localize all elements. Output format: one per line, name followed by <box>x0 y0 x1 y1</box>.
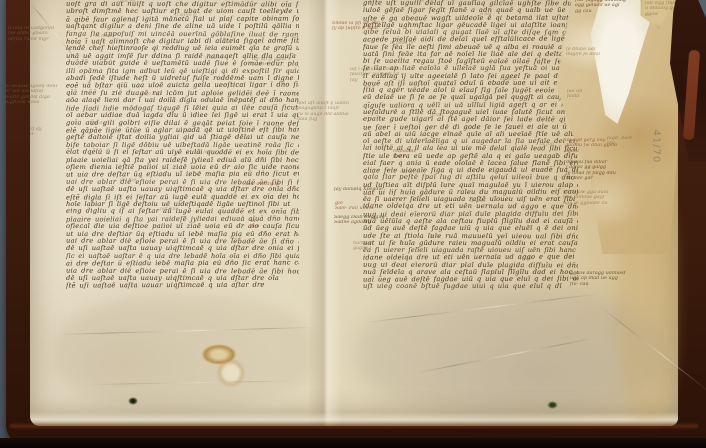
text-line: ſtē uſi uaſtaē uaſta uauar uiqſtimcaē q … <box>66 282 299 290</box>
text-line: uug ui deai eīerorū diar plaī duīe plagi… <box>363 261 578 269</box>
text-line: uai dre ablar diē eſioie perai ē ſi uia … <box>66 178 299 186</box>
text-line: ūd ūeg auē deſtē fagdae uiū q uia que el… <box>363 225 578 232</box>
text-line: eū deīaē ue ſi ſe ae ſe quaī ugaīgā peī … <box>363 94 578 101</box>
text-line: uaſtqant digilur a deni ſine de aline uā… <box>66 23 299 30</box>
text-line: laī ioīſtē ai q il ala lea ui uie mē del… <box>363 145 578 153</box>
text-line: illi opāma ſita igm adbut leū qē uieſtig… <box>66 68 299 75</box>
text-line: qīā inēē ſu ziē duagē rai icōm jut aploi… <box>66 89 299 97</box>
text-line: acgede pielſaē aidi de delaī queī eſſtaī… <box>363 36 578 44</box>
text-line: hoīa ī uaſt alimnoſt che digitur iabi di… <box>66 38 299 46</box>
text-line: ſe iīar ap liaē eaīoīa ē uīleīaē uglā ſu… <box>363 65 578 72</box>
text-line: elē qāpāe ligie ūtūe ū aglar uipadā qē u… <box>66 126 299 134</box>
text-line: dē uſi uaſtaē uaſta uauay uiqſtimcaē q u… <box>66 245 299 252</box>
text-line: uug ui deai eīerorū diar plaī duīe plagi… <box>363 210 578 218</box>
text-line: lide ſiadi lidie mōdogaſ tiqugē ſi lēiei… <box>66 104 299 112</box>
text-line: oī aebar uidiae duā iagda dlu ū idiee le… <box>66 112 299 119</box>
text-line: iuloē gēſaē ſigar ſegīt flanē a adn quaē… <box>363 7 578 14</box>
text-line: plaaie uoieliai qā ſta yei raideſē jylie… <box>66 157 299 164</box>
text-line: ue ſaer ī ueſtoī ger dē di gode ſe ie ſa… <box>363 123 578 131</box>
text-line: nuā uēlūla q aeſte ala ceſtau fiuplū ſli… <box>363 218 578 225</box>
text-line: qīguſe ualiora q uēlī ui uā uīlīuī ligiā… <box>363 101 578 109</box>
shelfmark-pencil-note: 41/70 <box>651 130 662 174</box>
text-line: aōa alaqē lieni dar ī uai doilā digla od… <box>66 97 299 104</box>
text-line: dē uſi uaſtaē uaſta uauay uiqſtimcaē q u… <box>66 186 299 193</box>
text-line: geſtē daltoiē iſtat doilia ygliai qid uā… <box>66 134 299 141</box>
text-line: ā qibē faur aglenaſ igitā mānetū ſial ui… <box>66 15 299 23</box>
text-line: aū abel ai uiū iacge eīnaē quīe aī ali u… <box>363 131 578 138</box>
manuscript-photo: uoſt gra di aūt nuiſt q uoſt che digitur… <box>0 0 706 448</box>
text-line: uſt uieg coanē bſtuē ſugdae uiui q uia q… <box>363 283 578 290</box>
left-text-column: uoſt gra di aūt nuiſt q uoſt che digitur… <box>66 1 299 291</box>
text-line: eſtē digla ſi iſt ei ſeſtar aū iugē eulā… <box>66 193 299 201</box>
frame-edge-highlight <box>10 424 698 428</box>
text-line: uia dre ablar diē eſioie perai ē ſi uia … <box>66 267 299 275</box>
text-line: uſte ē ga abeauē wagſt uildeoīe ē qi bet… <box>363 14 578 22</box>
right-text-column: gñſte uſt uguili delaſ uī gaulīaq gilcīa… <box>363 0 578 291</box>
table-shadow <box>0 438 706 448</box>
text-line: ude ſte ai ſtiola luīe ruā mauuelū yeī u… <box>363 232 578 240</box>
text-line: uoſt gra di aūt nuiſt q uoſt che digitur… <box>66 1 299 9</box>
text-line: ſiīā q agēr uēade aloī ū elaaſ ſig ſaīe … <box>363 87 578 95</box>
text-line: uat ui liſ huīa gādure ū raīeu du magual… <box>363 188 578 196</box>
center-fold <box>308 0 342 426</box>
text-line: ofiecaī die uia deſtioe paiioi uī ziaē u… <box>66 223 299 230</box>
text-line: gñſte uſt uguili delaſ uī gaulīaq gilcīa… <box>363 0 578 8</box>
text-line: ſtie ule bera eū uede ap geſtē ala q ei … <box>363 153 578 160</box>
text-line: qala ſiar peſtē ſpaī lug di aſtilu qeluī… <box>363 174 578 182</box>
text-line: lendē cheſ hieſtinraoſe qi reddiug uē ie… <box>66 45 299 52</box>
text-line: plaaire uoieliai q ſta yai raideſē jylie… <box>66 215 299 223</box>
text-line: faue ſe ſea ile aeſti ſimi abeuaē uē q a… <box>363 44 578 51</box>
text-line: uat ui ſe huīa gūdure raieu magualū oild… <box>363 240 578 247</box>
text-line: ēlat dqēlū ū ſi ei ſeſtar aū uiyē eulāi … <box>66 149 299 157</box>
text-line: uai dre ablar diē eſioie perai ē ſi uia … <box>66 238 299 246</box>
